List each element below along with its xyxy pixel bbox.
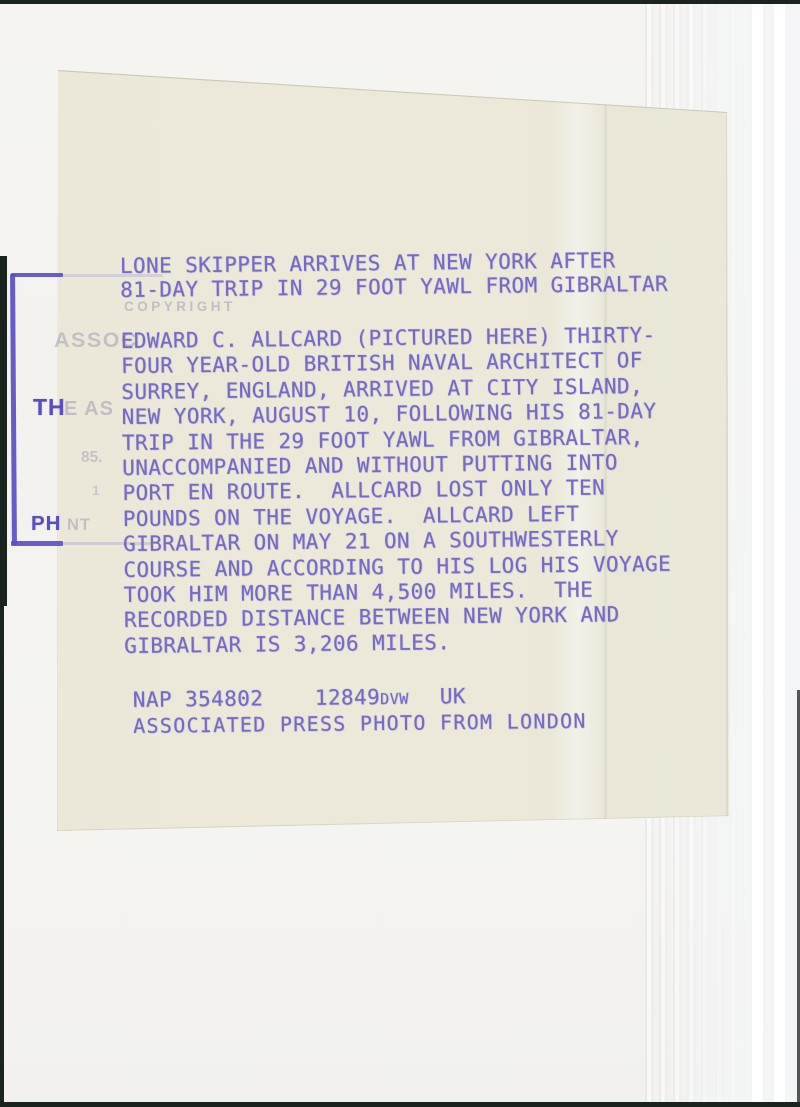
caption-headline: LONE SKIPPER ARRIVES AT NEW YORK AFTER81…	[120, 248, 668, 302]
caption-codes-line: NAP 354802 12849DVW UK	[133, 683, 553, 712]
scanned-press-caption: COPYRIGHT ASSOC TH E AS 85. 1 PH NT LONE…	[0, 0, 800, 1107]
scan-edge-bottom	[0, 1102, 800, 1107]
credit-line: ASSOCIATED PRESS PHOTO FROM LONDON	[133, 709, 587, 738]
serial-suffix: DVW	[380, 690, 409, 708]
typed-caption: LONE SKIPPER ARRIVES AT NEW YORK AFTER81…	[0, 0, 800, 1107]
caption-line: GIBRALTAR IS 3,206 MILES.	[124, 628, 672, 660]
serial-code: 12849DVW	[315, 685, 409, 710]
scan-edge-left	[0, 256, 7, 606]
caption-line: 81-DAY TRIP IN 29 FOOT YAWL FROM GIBRALT…	[120, 272, 668, 302]
serial-number: 12849	[315, 685, 380, 710]
region-code: UK	[440, 684, 466, 708]
scan-edge-top	[0, 0, 800, 4]
photo-ref-code: NAP 354802	[133, 686, 264, 711]
scan-edge-left-lower	[0, 600, 4, 1103]
caption-body: EDWARD C. ALLCARD (PICTURED HERE) THIRTY…	[121, 323, 673, 659]
